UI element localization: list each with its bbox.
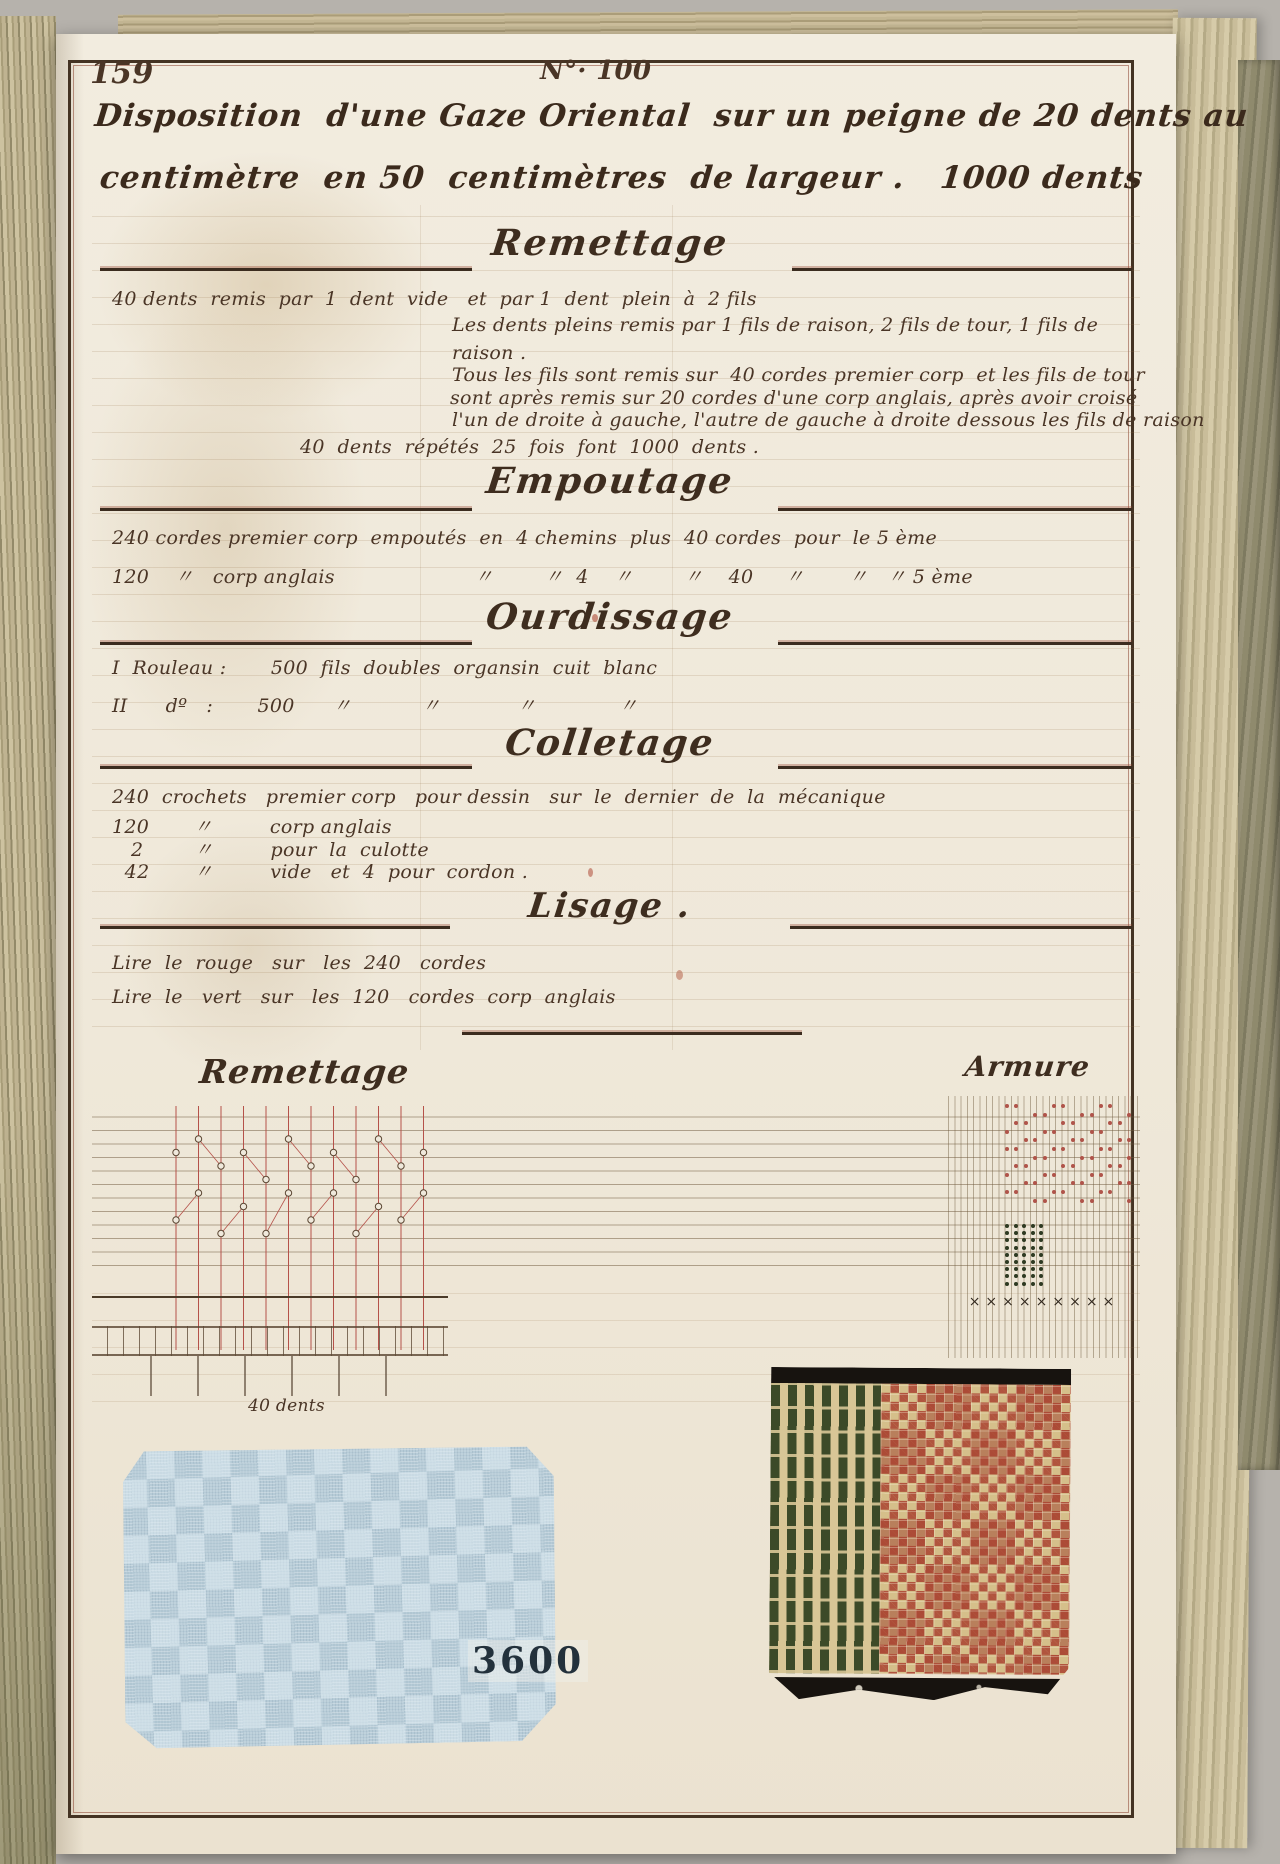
armure-dot (1052, 1147, 1056, 1151)
empoutage-line: 120 〃 corp anglais 〃 〃 4 〃 〃 40 〃 〃 〃 5 … (112, 562, 973, 589)
heading-rule (100, 642, 472, 645)
armure-dot (1033, 1156, 1037, 1160)
section-heading-lisage: Lisage . (358, 886, 863, 926)
armure-dot (1031, 1267, 1035, 1271)
armure-dot (1005, 1253, 1009, 1257)
sheet-number: N°· 100 (540, 56, 651, 86)
folio-number: 159 (90, 56, 154, 91)
armure-dot (1127, 1156, 1131, 1160)
page-title-line2: centimètre en 50 centimètres de largeur … (98, 160, 1145, 196)
armure-dot (1005, 1173, 1009, 1177)
heading-rule (778, 508, 1132, 511)
ourdissage-line: I Rouleau : 500 fils doubles organsin cu… (112, 657, 657, 679)
armure-dot (1071, 1121, 1075, 1125)
armure-dot (1052, 1173, 1056, 1177)
armure-dot (1014, 1224, 1018, 1228)
armure-dot (1043, 1199, 1047, 1203)
remettage-line: Tous les fils sont remis sur 40 cordes p… (452, 364, 1145, 386)
heading-rule (778, 642, 1132, 645)
armure-dot (1014, 1253, 1018, 1257)
armure-dot (1099, 1104, 1103, 1108)
remettage-line: sont après remis sur 20 cordes d'une cor… (450, 387, 1137, 409)
armure-dot (1005, 1147, 1009, 1151)
armure-dot (1080, 1113, 1084, 1117)
armure-dot (1024, 1121, 1028, 1125)
remettage-diagram-svg (90, 1102, 450, 1362)
armure-dot (1071, 1164, 1075, 1168)
empoutage-line: 240 cordes premier corp empoutés en 4 ch… (112, 527, 937, 549)
armure-dot (1031, 1253, 1035, 1257)
manuscript-photo: 159 N°· 100 Disposition d'une Gaze Orien… (0, 0, 1280, 1864)
ourdissage-line: II dº : 500 〃 〃 〃 〃 (112, 691, 638, 718)
armure-dot (1090, 1173, 1094, 1177)
armure-dot (1099, 1173, 1103, 1177)
armure-dot (1080, 1156, 1084, 1160)
armure-dot (1024, 1164, 1028, 1168)
armure-dot (1031, 1231, 1035, 1235)
armure-dot (1031, 1282, 1035, 1286)
remettage-line: raison . (452, 342, 526, 364)
remettage-line: 40 dents remis par 1 dent vide et par 1 … (112, 288, 757, 310)
remettage-line: l'un de droite à gauche, l'autre de gauc… (452, 409, 1205, 431)
armure-dot (1052, 1130, 1056, 1134)
section-heading-empoutage: Empoutage (357, 460, 862, 502)
armure-dot (1014, 1246, 1018, 1250)
armure-dot (1005, 1282, 1009, 1286)
section-heading-remettage: Remettage (357, 222, 862, 264)
armure-dot (1090, 1199, 1094, 1203)
armure-dot (1127, 1113, 1131, 1117)
armure-dot (1031, 1260, 1035, 1264)
remettage-diagram-label: Remettage (198, 1052, 412, 1091)
sample-red-check (879, 1384, 1071, 1675)
section-heading-ourdissage: Ourdissage (357, 596, 862, 638)
heading-rule (100, 926, 450, 929)
heading-rule (100, 766, 472, 769)
armure-dot (1043, 1156, 1047, 1160)
page-title-line1: Disposition d'une Gaze Oriental sur un p… (93, 98, 1250, 134)
armure-dot (1090, 1156, 1094, 1160)
remettage-baseline (92, 1296, 448, 1298)
armure-dot (1005, 1104, 1009, 1108)
armure-dot (1043, 1130, 1047, 1134)
lisage-line: Lire le rouge sur les 240 cordes (112, 952, 486, 974)
armure-dot (1052, 1190, 1056, 1194)
armure-dot (1014, 1267, 1018, 1271)
armure-dot (1005, 1260, 1009, 1264)
armure-dot (1005, 1190, 1009, 1194)
armure-dot (1014, 1282, 1018, 1286)
armure-dot (1031, 1246, 1035, 1250)
heading-rule (790, 926, 1132, 929)
sample-green-stripes (769, 1383, 881, 1674)
armure-dot (1043, 1173, 1047, 1177)
divider-rule (462, 1032, 802, 1035)
remettage-line: 40 dents répétés 25 fois font 1000 dents… (300, 436, 759, 458)
armure-dot (1005, 1246, 1009, 1250)
armure-dot (1033, 1199, 1037, 1203)
armure-dot (1005, 1130, 1009, 1134)
reed-dent-band (92, 1326, 448, 1356)
armure-dot (1014, 1231, 1018, 1235)
armure-dot (1090, 1113, 1094, 1117)
armure-dot (1022, 1246, 1026, 1250)
section-heading-colletage: Colletage (357, 722, 862, 764)
armure-dot (1031, 1224, 1035, 1228)
armure-dot (1043, 1113, 1047, 1117)
armure-dot (1033, 1113, 1037, 1117)
armure-dot (1127, 1199, 1131, 1203)
armure-grid (948, 1096, 1140, 1358)
armure-dot (1080, 1199, 1084, 1203)
armure-dot (1052, 1104, 1056, 1108)
colletage-line: 240 crochets premier corp pour dessin su… (112, 786, 886, 808)
heading-rule (100, 268, 472, 271)
armure-dot (1118, 1164, 1122, 1168)
armure-dot (1022, 1282, 1026, 1286)
armure-dot (1099, 1147, 1103, 1151)
armure-dot (1090, 1130, 1094, 1134)
armure-dot (1014, 1260, 1018, 1264)
armure-diagram-label: Armure (963, 1050, 1092, 1083)
swatch-stamp-number: 3600 (468, 1640, 588, 1682)
reed-tick-marks (150, 1356, 420, 1396)
heading-rule (778, 766, 1132, 769)
fore-edge-shadow (0, 1100, 56, 1864)
adjacent-fabric-texture (1238, 60, 1280, 1470)
armure-dot (1022, 1253, 1026, 1257)
heading-rule (792, 268, 1132, 271)
armure-cross-row: ××××××××× (948, 1294, 1140, 1310)
dents-caption: 40 dents (248, 1396, 325, 1416)
blue-gauze-swatch (118, 1440, 561, 1752)
colletage-line: 42 〃 vide et 4 pour cordon . (112, 857, 528, 884)
heading-rule (100, 508, 472, 511)
lisage-line: Lire le vert sur les 120 cordes corp ang… (112, 986, 616, 1008)
armure-dot (1005, 1224, 1009, 1228)
armure-dot (1118, 1121, 1122, 1125)
armure-dot (1099, 1130, 1103, 1134)
armure-dot (1099, 1190, 1103, 1194)
remettage-line: Les dents pleins remis par 1 fils de rai… (452, 314, 1098, 336)
woven-pattern-sample (769, 1367, 1071, 1701)
